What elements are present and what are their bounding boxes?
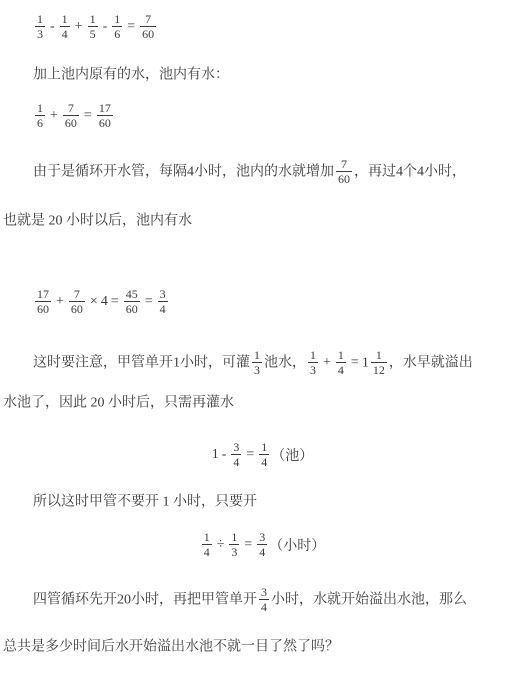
fraction-denominator: 60	[63, 116, 79, 130]
fraction-numerator: 1	[88, 12, 98, 27]
text-run: 4	[101, 294, 108, 309]
para-only-need-fill: 水池了，因此 20 小时后，只需再灌水	[3, 394, 522, 411]
fraction-numerator: 7	[69, 287, 85, 302]
fraction: 14	[336, 348, 346, 378]
fraction-numerator: 1	[371, 348, 387, 363]
fraction-denominator: 5	[88, 27, 98, 41]
fraction-numerator: 7	[63, 101, 79, 116]
fraction-denominator: 60	[336, 172, 352, 186]
fraction-denominator: 4	[231, 455, 241, 469]
math-solution-page: 13-14+15-16=760加上池内原有的水，池内有水：16+760=1760…	[0, 0, 522, 682]
fraction-denominator: 6	[112, 27, 122, 41]
fraction: 34	[257, 530, 267, 560]
fraction: 34	[158, 287, 168, 317]
text-run: 所以这时甲管不要开 1 小时，只要开	[33, 494, 257, 509]
fraction: 34	[231, 440, 241, 470]
fraction-numerator: 1	[229, 530, 239, 545]
fraction-denominator: 4	[158, 302, 168, 316]
math-operator: =	[244, 537, 252, 552]
fraction: 14	[60, 12, 70, 42]
fraction-denominator: 60	[35, 302, 51, 316]
text-run: 1	[362, 355, 369, 370]
math-operator: -	[103, 19, 108, 34]
para-cycle-explanation: 由于是循环开水管，每隔4小时，池内的水就增加760，再过4个4小时，	[3, 157, 522, 187]
fraction: 14	[202, 530, 212, 560]
text-run: ，水早就溢出	[389, 355, 473, 370]
math-operator: +	[323, 355, 331, 370]
fraction-denominator: 4	[60, 27, 70, 41]
para-after-20-hours: 也就是 20 小时以后，池内有水	[3, 212, 522, 229]
fraction: 760	[63, 101, 79, 131]
fraction-denominator: 4	[259, 600, 269, 614]
math-operator: -	[222, 447, 227, 462]
fraction-denominator: 60	[124, 302, 140, 316]
fraction-numerator: 1	[259, 440, 269, 455]
text-run: （池）	[271, 449, 313, 464]
fraction-numerator: 17	[97, 101, 113, 116]
fraction-denominator: 3	[308, 363, 318, 377]
fraction-denominator: 4	[257, 545, 267, 559]
fraction-numerator: 1	[35, 12, 45, 27]
fraction-denominator: 60	[97, 116, 113, 130]
fraction-denominator: 4	[259, 455, 269, 469]
para-conclusion: 四管循环先开20小时，再把甲管单开34小时，水就开始溢出水池，那么	[3, 585, 522, 615]
fraction-denominator: 12	[371, 363, 387, 377]
fraction: 760	[336, 157, 352, 187]
fraction-denominator: 4	[336, 363, 346, 377]
fraction-denominator: 3	[35, 27, 45, 41]
fraction: 16	[112, 12, 122, 42]
fraction: 13	[252, 348, 262, 378]
text-run: 总共是多少时间后水开始溢出水池不就一目了然了吗？	[3, 640, 339, 655]
fraction-denominator: 4	[202, 545, 212, 559]
math-operator: =	[84, 108, 92, 123]
fraction-denominator: 60	[69, 302, 85, 316]
text-run: 1	[212, 447, 219, 462]
para-add-original-water: 加上池内原有的水，池内有水：	[3, 66, 522, 83]
fraction-denominator: 60	[140, 27, 156, 41]
fraction-numerator: 1	[202, 530, 212, 545]
fraction-denominator: 6	[35, 116, 45, 130]
fraction: 760	[140, 12, 156, 42]
text-run: 这时要注意，甲管单开1小时，可灌	[33, 355, 250, 370]
math-operator: +	[50, 108, 58, 123]
para-note-pipe-a: 这时要注意，甲管单开1小时，可灌13池水，13+14=1112，水早就溢出	[3, 348, 522, 378]
para-pipe-a-time: 所以这时甲管不要开 1 小时，只要开	[3, 493, 522, 510]
fraction: 13	[35, 12, 45, 42]
fraction: 14	[259, 440, 269, 470]
text-run: 四管循环先开20小时，再把甲管单开	[33, 592, 257, 607]
math-operator: =	[351, 355, 359, 370]
fraction-numerator: 1	[336, 348, 346, 363]
fraction-numerator: 1	[252, 348, 262, 363]
fraction-numerator: 3	[259, 585, 269, 600]
formula-pipe-a-duration: 14÷13=34（小时）	[3, 530, 522, 560]
formula-remaining: 1-34=14（池）	[3, 440, 522, 470]
fraction-numerator: 45	[124, 287, 140, 302]
formula-water-sum: 13-14+15-16=760	[3, 12, 522, 42]
math-operator: =	[127, 19, 135, 34]
fraction: 1760	[97, 101, 113, 131]
fraction-numerator: 7	[140, 12, 156, 27]
text-run: 水池了，因此 20 小时后，只需再灌水	[3, 396, 234, 411]
para-final-question: 总共是多少时间后水开始溢出水池不就一目了然了吗？	[3, 638, 522, 655]
math-operator: ÷	[217, 537, 225, 552]
math-operator: -	[50, 19, 55, 34]
fraction-numerator: 1	[308, 348, 318, 363]
fraction: 15	[88, 12, 98, 42]
text-run: 小时，水就开始溢出水池，那么	[271, 592, 467, 607]
math-operator: =	[111, 294, 119, 309]
fraction-numerator: 3	[231, 440, 241, 455]
text-run: 也就是 20 小时以后，池内有水	[3, 213, 192, 228]
fraction: 13	[308, 348, 318, 378]
fraction-numerator: 1	[60, 12, 70, 27]
math-operator: =	[145, 294, 153, 309]
math-operator: ×	[90, 294, 98, 309]
fraction: 112	[371, 348, 387, 378]
fraction-numerator: 17	[35, 287, 51, 302]
fraction: 4560	[124, 287, 140, 317]
fraction: 13	[229, 530, 239, 560]
fraction-denominator: 3	[229, 545, 239, 559]
fraction-numerator: 1	[35, 101, 45, 116]
text-run: ，再过4个4小时，	[354, 164, 466, 179]
text-run: 池水，	[264, 355, 306, 370]
math-operator: +	[75, 19, 83, 34]
text-run: （小时）	[269, 539, 325, 554]
fraction: 34	[259, 585, 269, 615]
fraction-numerator: 7	[336, 157, 352, 172]
fraction-numerator: 3	[158, 287, 168, 302]
text-run: 加上池内原有的水，池内有水：	[33, 67, 229, 82]
formula-after-20-hours: 1760+760×4=4560=34	[3, 287, 522, 317]
fraction-denominator: 3	[252, 363, 262, 377]
fraction: 1760	[35, 287, 51, 317]
fraction: 16	[35, 101, 45, 131]
math-operator: =	[246, 447, 254, 462]
text-run: 由于是循环开水管，每隔4小时，池内的水就增加	[33, 164, 334, 179]
fraction: 760	[69, 287, 85, 317]
math-operator: +	[56, 294, 64, 309]
fraction-numerator: 3	[257, 530, 267, 545]
document-body: 13-14+15-16=760加上池内原有的水，池内有水：16+760=1760…	[3, 12, 522, 656]
formula-total-after-first-cycle: 16+760=1760	[3, 101, 522, 131]
fraction-numerator: 1	[112, 12, 122, 27]
